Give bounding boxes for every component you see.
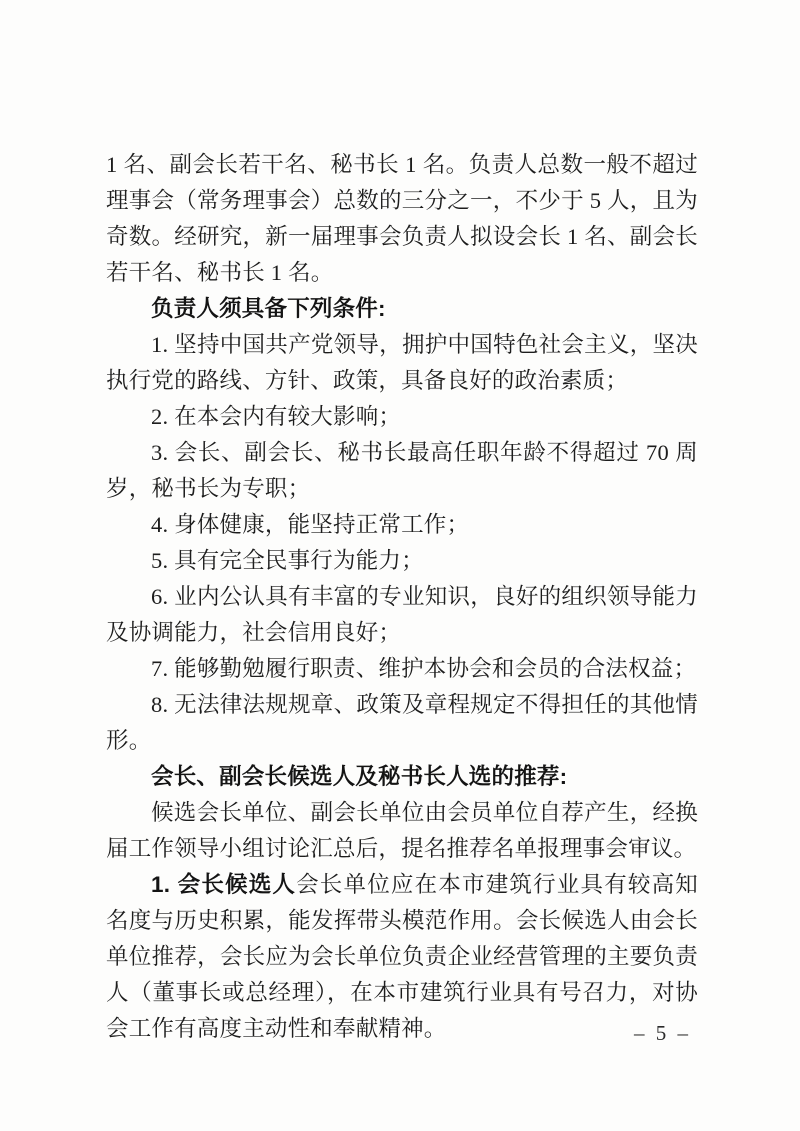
requirement-item-7: 7. 能够勤勉履行职责、维护本协会和会员的合法权益； (106, 651, 698, 687)
paragraph-president-candidate: 1. 会长候选人会长单位应在本市建筑行业具有较高知名度与历史积累，能发挥带头模范… (106, 867, 698, 1047)
requirement-item-8: 8. 无法律法规规章、政策及章程规定不得担任的其他情形。 (106, 687, 698, 759)
document-page: 1 名、副会长若干名、秘书长 1 名。负责人总数一般不超过理事会（常务理事会）总… (0, 0, 800, 1131)
document-body: 1 名、副会长若干名、秘书长 1 名。负责人总数一般不超过理事会（常务理事会）总… (106, 147, 698, 1047)
requirement-item-5: 5. 具有完全民事行为能力； (106, 543, 698, 579)
page-number: – 5 – (634, 1020, 691, 1046)
requirement-item-4: 4. 身体健康，能坚持正常工作； (106, 507, 698, 543)
paragraph-recommendation-intro: 候选会长单位、副会长单位由会员单位自荐产生，经换届工作领导小组讨论汇总后，提名推… (106, 795, 698, 867)
requirement-item-6: 6. 业内公认具有丰富的专业知识，良好的组织领导能力及协调能力，社会信用良好； (106, 579, 698, 651)
president-candidate-text: 会长单位应在本市建筑行业具有较高知名度与历史积累，能发挥带头模范作用。会长候选人… (106, 872, 698, 1041)
section-heading-candidate-recommendation: 会长、副会长候选人及秘书长人选的推荐: (106, 759, 698, 795)
requirement-item-2: 2. 在本会内有较大影响； (106, 399, 698, 435)
requirement-item-3: 3. 会长、副会长、秘书长最高任职年龄不得超过 70 周岁，秘书长为专职； (106, 435, 698, 507)
president-candidate-label: 1. 会长候选人 (151, 872, 296, 897)
paragraph-continuation: 1 名、副会长若干名、秘书长 1 名。负责人总数一般不超过理事会（常务理事会）总… (106, 147, 698, 291)
requirement-item-1: 1. 坚持中国共产党领导，拥护中国特色社会主义，坚决执行党的路线、方针、政策，具… (106, 327, 698, 399)
section-heading-leader-requirements: 负责人须具备下列条件: (106, 291, 698, 327)
